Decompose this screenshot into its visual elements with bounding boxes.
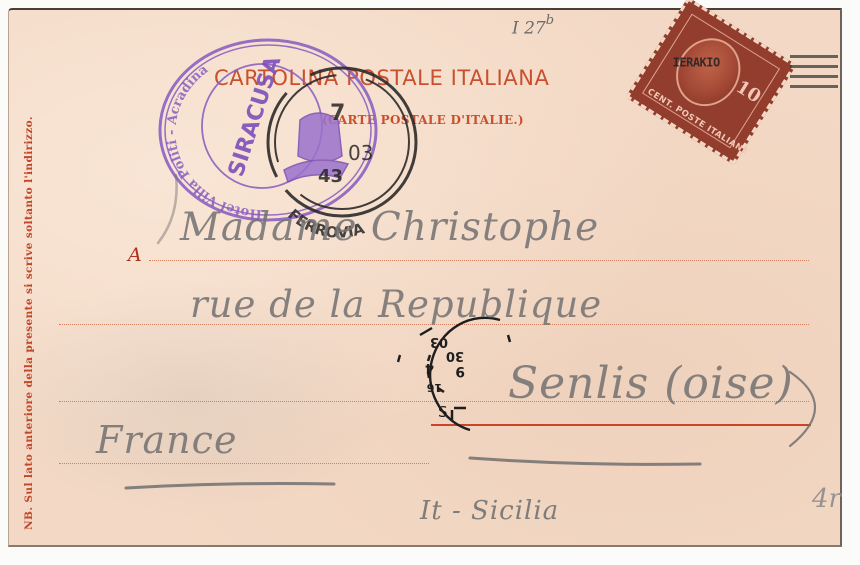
departure-postmark-date2: 03 bbox=[348, 141, 373, 165]
arrival-day: 9 bbox=[455, 363, 465, 379]
corner-mark: 4r bbox=[812, 484, 841, 514]
handwritten-street: rue de la Republique bbox=[190, 283, 602, 326]
departure-postmark-date1: 7 bbox=[330, 101, 345, 126]
arrival-year-line: 4 bbox=[425, 360, 434, 375]
arrival-extra: 16 bbox=[426, 381, 442, 394]
collector-note: It - Sicilia bbox=[420, 496, 559, 526]
handwritten-recipient: Madame Christophe bbox=[180, 205, 599, 250]
handwritten-country: France bbox=[96, 418, 237, 462]
arrival-postmark bbox=[398, 318, 500, 430]
handwritten-city: Senlis (oise) bbox=[508, 358, 794, 409]
arrival-year: 03 bbox=[430, 334, 448, 349]
departure-postmark-hour: 43 bbox=[318, 166, 343, 187]
arrival-town: S bbox=[438, 403, 448, 421]
arrival-month: 30 bbox=[446, 348, 464, 363]
